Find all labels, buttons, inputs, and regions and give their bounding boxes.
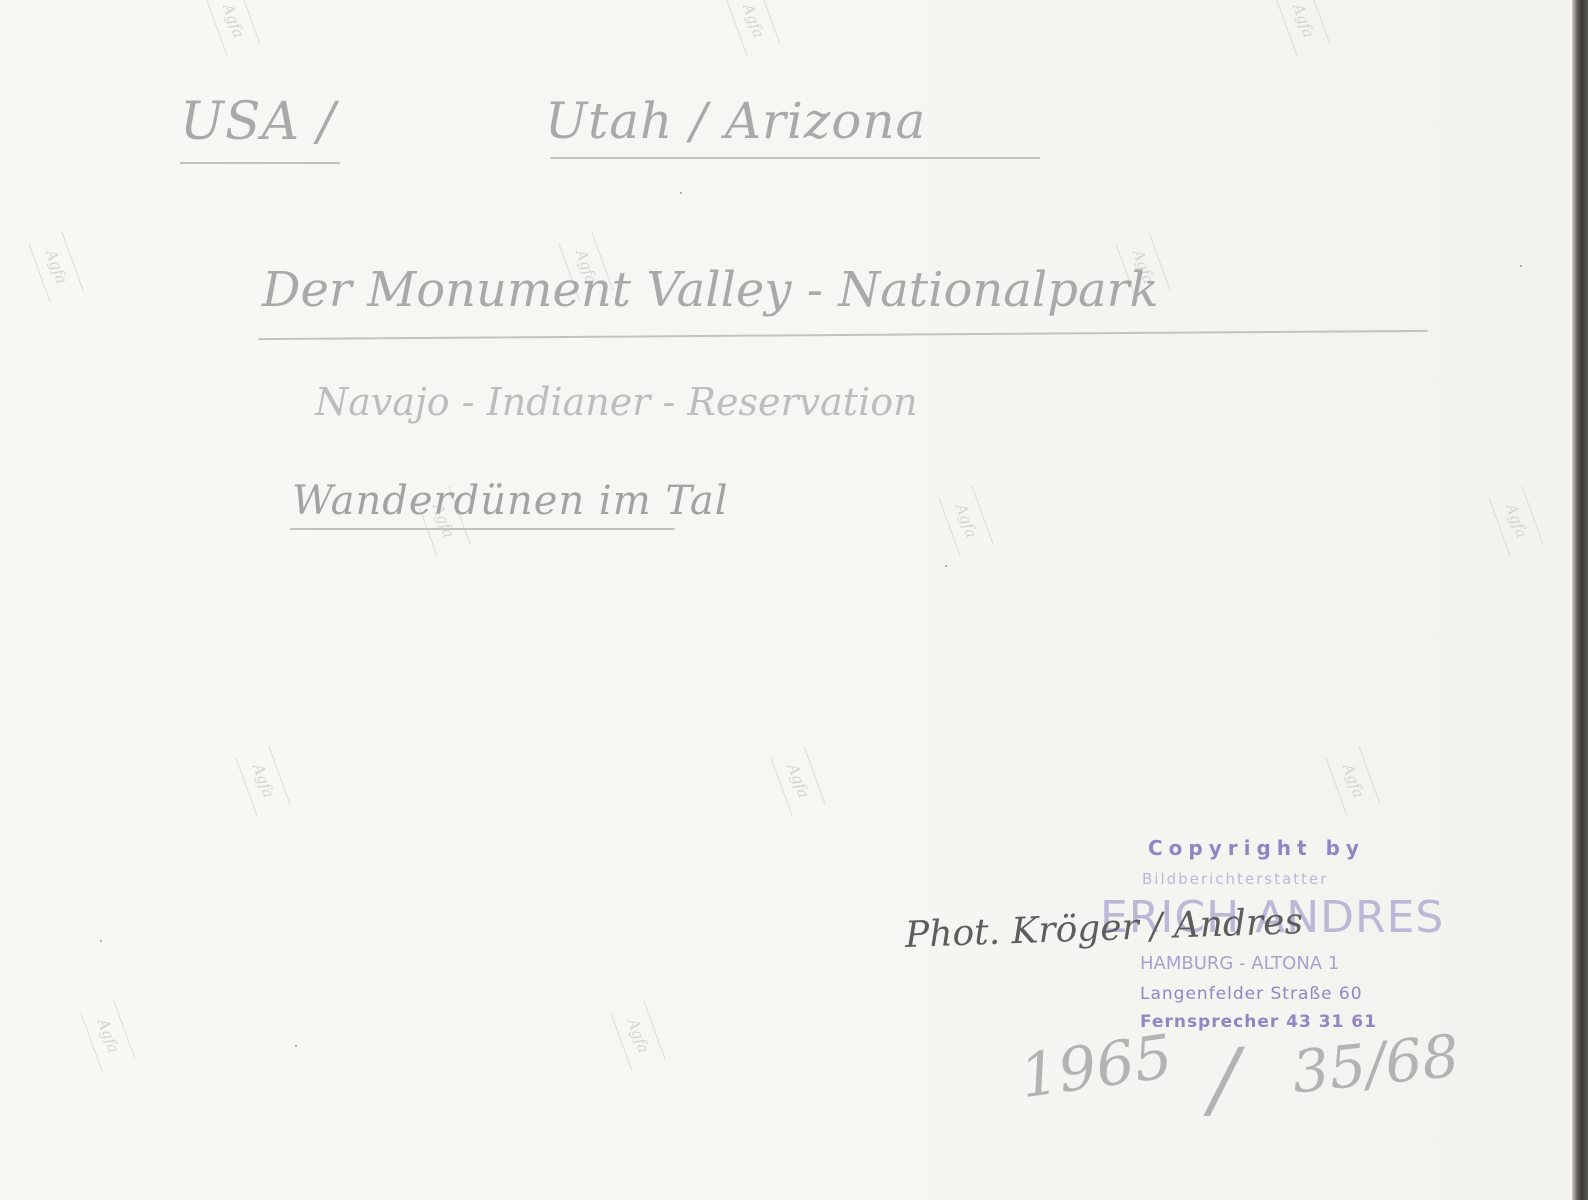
underline bbox=[290, 528, 675, 530]
stamp-copyright: Copyright by bbox=[1148, 836, 1365, 860]
paper-speck bbox=[945, 565, 947, 567]
paper-speck bbox=[295, 1045, 297, 1047]
stamp-city: HAMBURG - ALTONA 1 bbox=[1140, 953, 1339, 974]
paper-speck bbox=[100, 940, 102, 942]
archive-separator: / bbox=[1210, 1030, 1238, 1128]
handwritten-country: USA / bbox=[180, 92, 336, 152]
underline bbox=[550, 157, 1040, 159]
handwritten-subtitle: Navajo - Indianer - Reservation bbox=[315, 380, 918, 424]
stamp-street: Langenfelder Straße 60 bbox=[1140, 984, 1363, 1004]
underline bbox=[180, 162, 340, 164]
paper-speck bbox=[1520, 265, 1522, 267]
handwritten-title: Der Monument Valley - Nationalpark bbox=[262, 262, 1159, 318]
paper-speck bbox=[680, 192, 682, 194]
handwritten-region: Utah / Arizona bbox=[545, 92, 926, 150]
handwritten-caption: Wanderdünen im Tal bbox=[292, 478, 729, 524]
scan-edge-shadow bbox=[1572, 0, 1588, 1200]
stamp-phone: Fernsprecher 43 31 61 bbox=[1140, 1012, 1377, 1032]
stamp-profession: Bildberichterstatter bbox=[1142, 870, 1328, 888]
